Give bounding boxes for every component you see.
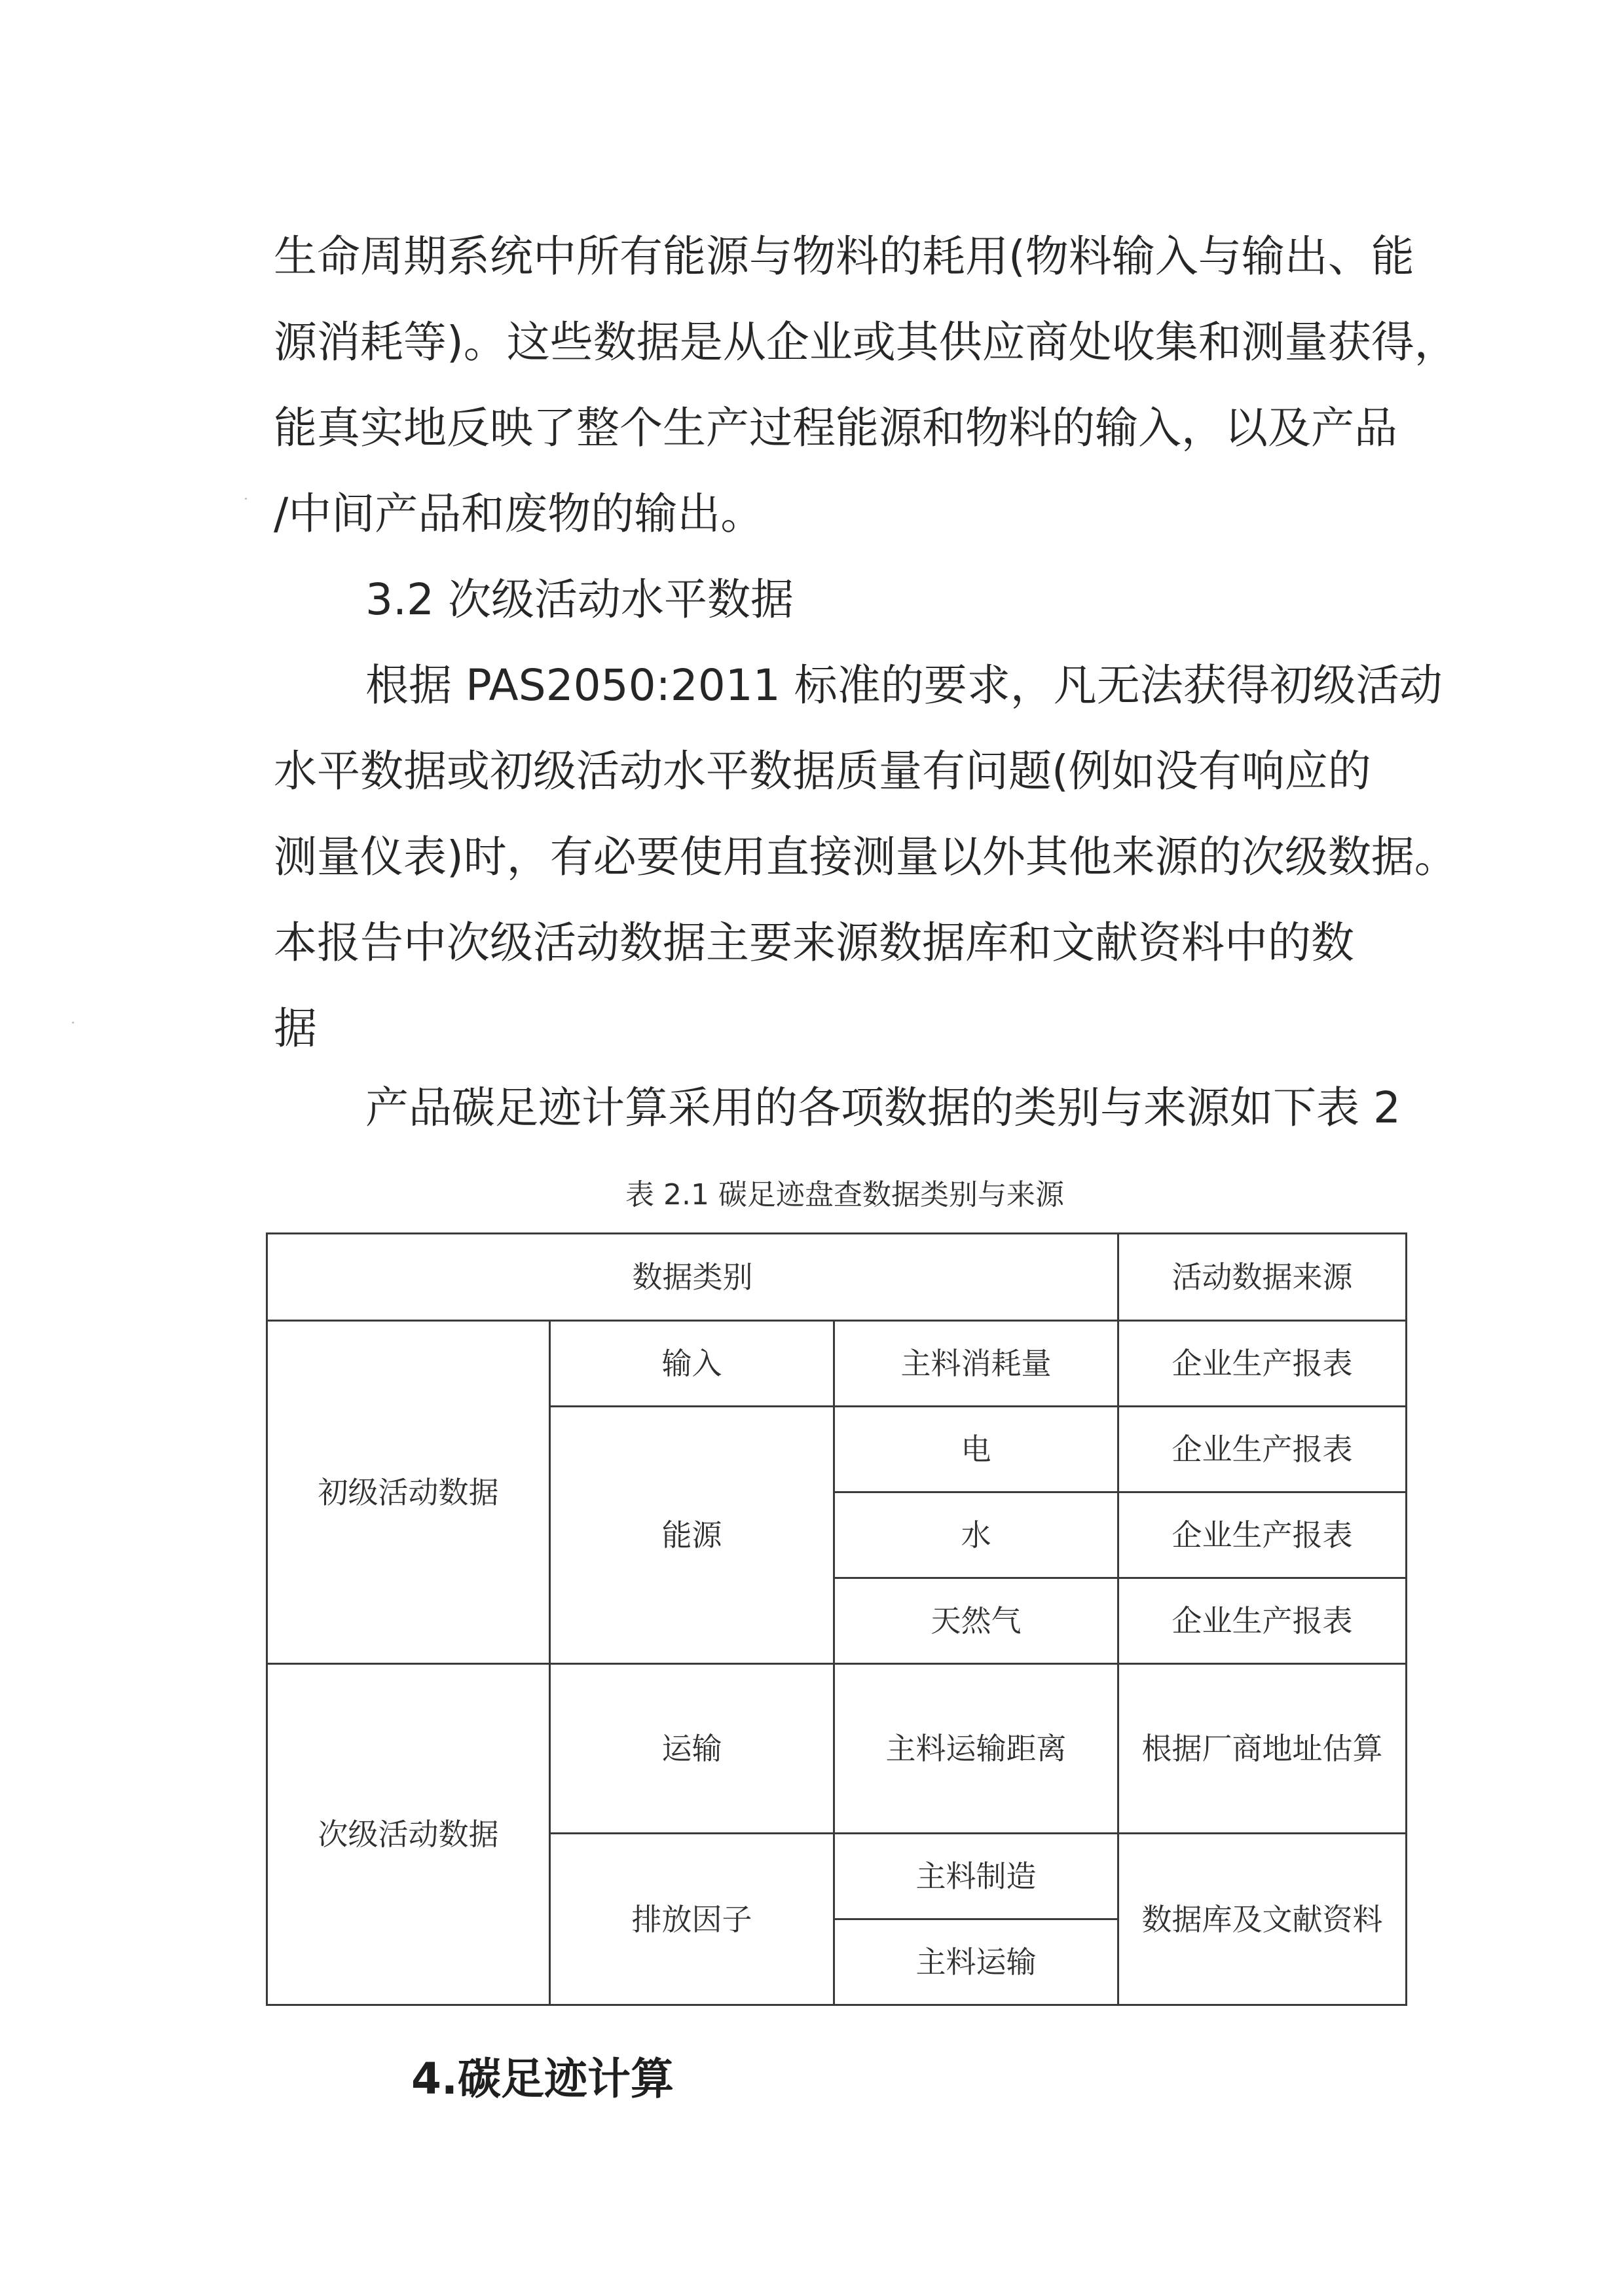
body-line: 产品碳足迹计算采用的各项数据的类别与来源如下表 2 (365, 1082, 1401, 1134)
source-cell: 企业生产报表 (1118, 1407, 1407, 1492)
source-cell: 根据厂商地址估算 (1118, 1664, 1407, 1834)
body-line: 本报告中次级活动数据主要来源数据库和文献资料中的数 (274, 917, 1354, 969)
document-page: 生命周期系统中所有能源与物料的耗用(物料输入与输出、能 源消耗等)。这些数据是从… (0, 0, 1624, 2296)
table-row: 次级活动数据 运输 主料运输距离 根据厂商地址估算 (267, 1664, 1407, 1834)
body-line: 能真实地反映了整个生产过程能源和物料的输入，以及产品 (274, 402, 1397, 454)
header-source: 活动数据来源 (1118, 1234, 1407, 1321)
table-caption: 表 2.1 碳足迹盘查数据类别与来源 (0, 1176, 1624, 1215)
header-category: 数据类别 (267, 1234, 1118, 1321)
subsection-heading: 3.2 次级活动水平数据 (365, 574, 794, 626)
table-row: 初级活动数据 输入 主料消耗量 企业生产报表 (267, 1321, 1407, 1407)
item-cell: 天然气 (834, 1578, 1118, 1664)
source-cell: 数据库及文献资料 (1118, 1834, 1407, 2005)
body-line: 生命周期系统中所有能源与物料的耗用(物料输入与输出、能 (274, 231, 1414, 283)
subgroup-cell: 运输 (550, 1664, 834, 1834)
data-category-table: 数据类别 活动数据来源 初级活动数据 输入 主料消耗量 企业生产报表 能源 电 … (266, 1232, 1407, 2006)
body-line: 据 (274, 1003, 317, 1055)
subgroup-cell: 能源 (550, 1407, 834, 1664)
scan-speck (72, 1022, 74, 1024)
group-cell: 次级活动数据 (267, 1664, 550, 2005)
source-cell: 企业生产报表 (1118, 1578, 1407, 1664)
body-line: 源消耗等)。这些数据是从企业或其供应商处收集和测量获得， (274, 316, 1458, 369)
body-line: 根据 PAS2050:2011 标准的要求，凡无法获得初级活动 (365, 659, 1443, 712)
scan-speck (245, 498, 247, 500)
section-heading: 4.碳足迹计算 (411, 2053, 674, 2105)
body-line: 测量仪表)时，有必要使用直接测量以外其他来源的次级数据。 (274, 831, 1458, 883)
body-line: 水平数据或初级活动水平数据质量有问题(例如没有响应的 (274, 745, 1371, 798)
source-cell: 企业生产报表 (1118, 1321, 1407, 1407)
subgroup-cell: 排放因子 (550, 1834, 834, 2005)
item-cell: 主料制造 (834, 1834, 1118, 1919)
item-cell: 主料消耗量 (834, 1321, 1118, 1407)
body-line: /中间产品和废物的输出。 (274, 488, 764, 540)
source-cell: 企业生产报表 (1118, 1492, 1407, 1578)
item-cell: 水 (834, 1492, 1118, 1578)
item-cell: 主料运输距离 (834, 1664, 1118, 1834)
subgroup-cell: 输入 (550, 1321, 834, 1407)
item-cell: 电 (834, 1407, 1118, 1492)
table-header-row: 数据类别 活动数据来源 (267, 1234, 1407, 1321)
group-cell: 初级活动数据 (267, 1321, 550, 1664)
item-cell: 主料运输 (834, 1919, 1118, 2005)
